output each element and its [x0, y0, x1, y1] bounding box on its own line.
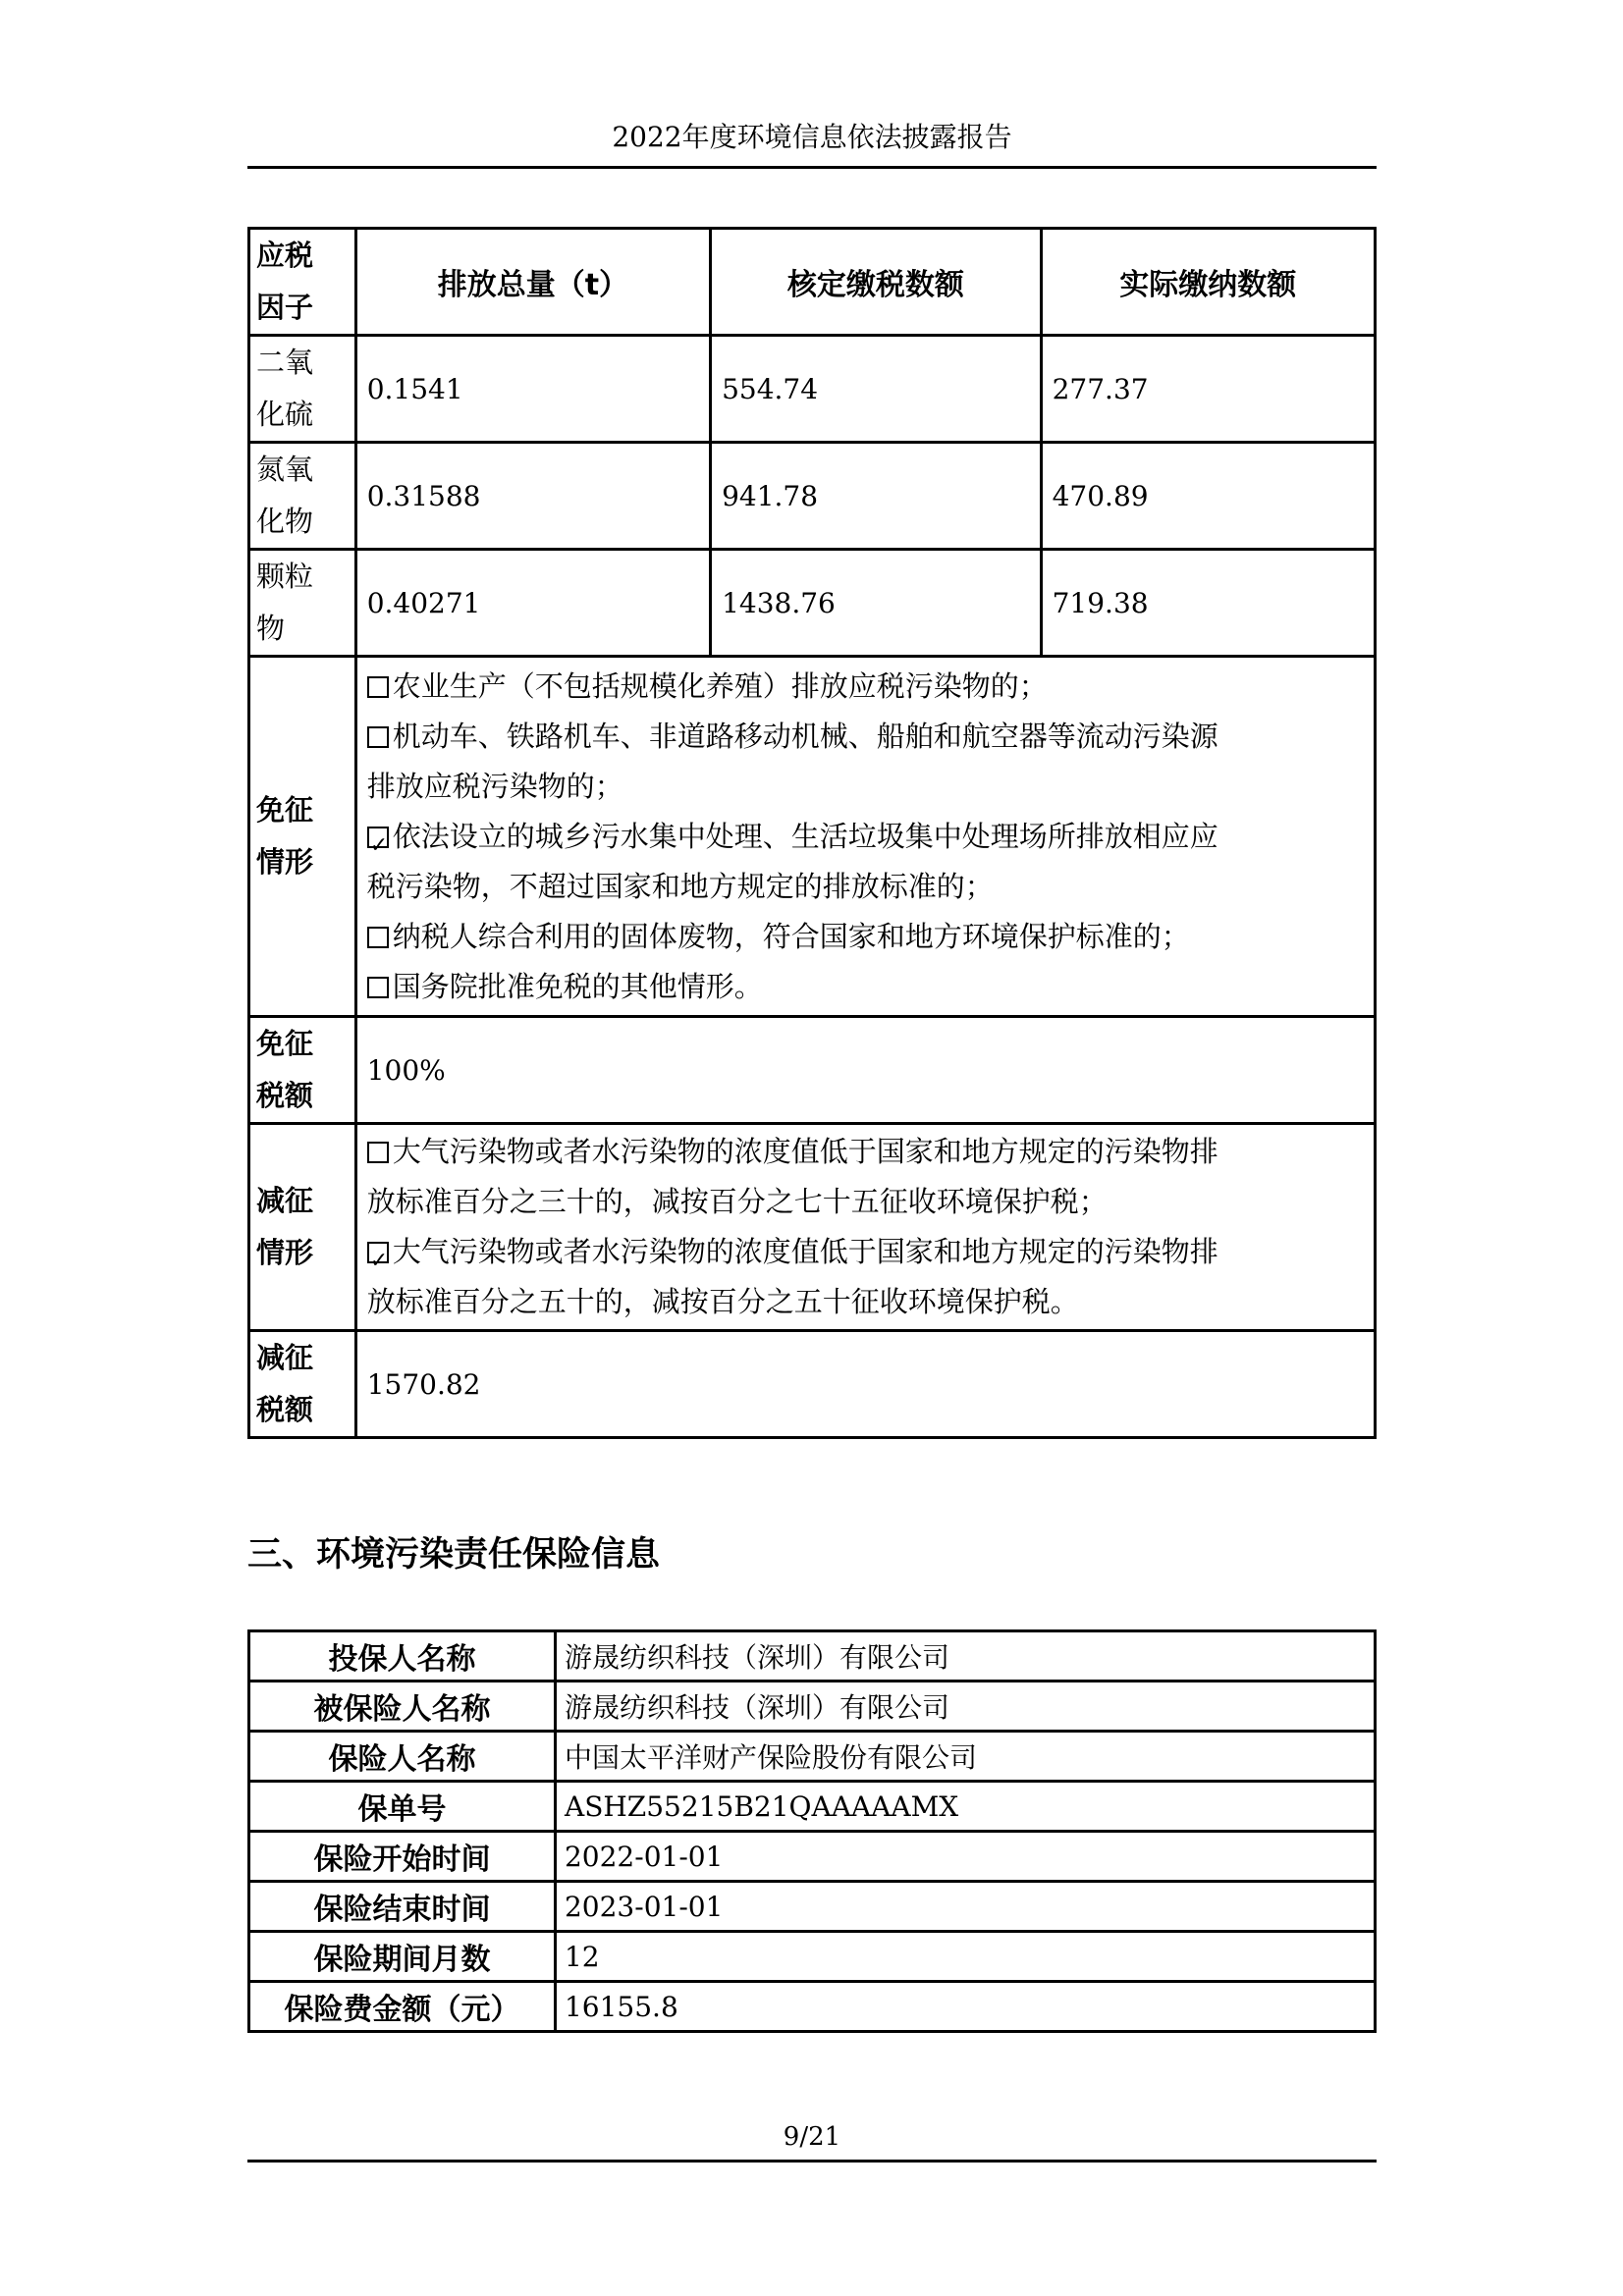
field-label: 保险结束时间	[249, 1882, 556, 1932]
page-number: 9/21	[247, 2120, 1377, 2154]
actual-paid-cell: 719.38	[1041, 550, 1375, 657]
exemption-cases-label: 免征 情形	[249, 657, 356, 1017]
field-value: 16155.8	[555, 1982, 1375, 2032]
reduction-cases-label: 减征 情形	[249, 1124, 356, 1331]
header-rule	[247, 166, 1377, 169]
checkbox-unchecked-icon	[367, 726, 389, 748]
reduction-amount-row: 减征 税额 1570.82	[249, 1331, 1376, 1438]
exemption-option: 纳税人综合利用的固体废物，符合国家和地方环境保护标准的；	[367, 912, 1368, 962]
actual-paid-cell: 277.37	[1041, 336, 1375, 443]
reduction-option: 大气污染物或者水污染物的浓度值低于国家和地方规定的污染物排	[367, 1127, 1368, 1177]
emission-total-cell: 0.31588	[355, 443, 710, 550]
tax-factor-cell: 氮氧 化物	[249, 443, 356, 550]
exemption-cases-row: 免征 情形 农业生产（不包括规模化养殖）排放应税污染物的； 机动车、铁路机车、非…	[249, 657, 1376, 1017]
table-row: 保险费金额（元）16155.8	[249, 1982, 1376, 2032]
table-row: 投保人名称游晟纺织科技（深圳）有限公司	[249, 1631, 1376, 1682]
table-row: 保险开始时间2022-01-01	[249, 1832, 1376, 1882]
field-value: 2023-01-01	[555, 1882, 1375, 1932]
tax-factor-cell: 颗粒 物	[249, 550, 356, 657]
actual-paid-cell: 470.89	[1041, 443, 1375, 550]
column-header-assessed-tax: 核定缴税数额	[711, 229, 1042, 336]
field-value: 12	[555, 1932, 1375, 1982]
exemption-amount-value: 100%	[355, 1017, 1375, 1124]
table-row: 保险人名称中国太平洋财产保险股份有限公司	[249, 1732, 1376, 1782]
checkbox-unchecked-icon	[367, 1142, 389, 1163]
insurance-info-table: 投保人名称游晟纺织科技（深圳）有限公司 被保险人名称游晟纺织科技（深圳）有限公司…	[247, 1629, 1377, 2033]
checkbox-checked-icon	[367, 1242, 389, 1263]
field-value: 游晟纺织科技（深圳）有限公司	[555, 1682, 1375, 1732]
assessed-tax-cell: 941.78	[711, 443, 1042, 550]
exemption-option: 国务院批准免税的其他情形。	[367, 962, 1368, 1012]
exemption-amount-row: 免征 税额 100%	[249, 1017, 1376, 1124]
table-row: 氮氧 化物 0.31588 941.78 470.89	[249, 443, 1376, 550]
tax-factor-cell: 二氧 化硫	[249, 336, 356, 443]
table-row: 二氧 化硫 0.1541 554.74 277.37	[249, 336, 1376, 443]
column-header-actual-paid: 实际缴纳数额	[1041, 229, 1375, 336]
reduction-option: 大气污染物或者水污染物的浓度值低于国家和地方规定的污染物排	[367, 1227, 1368, 1277]
table-row: 被保险人名称游晟纺织科技（深圳）有限公司	[249, 1682, 1376, 1732]
checkbox-unchecked-icon	[367, 676, 389, 698]
footer-rule	[247, 2160, 1377, 2163]
reduction-amount-value: 1570.82	[355, 1331, 1375, 1438]
environmental-tax-table: 应税 因子 排放总量（t） 核定缴税数额 实际缴纳数额 二氧 化硫 0.1541…	[247, 227, 1377, 1439]
field-label: 保险人名称	[249, 1732, 556, 1782]
checkbox-checked-icon	[367, 827, 389, 848]
reduction-cases-list: 大气污染物或者水污染物的浓度值低于国家和地方规定的污染物排 放标准百分之三十的，…	[355, 1124, 1375, 1331]
assessed-tax-cell: 554.74	[711, 336, 1042, 443]
emission-total-cell: 0.1541	[355, 336, 710, 443]
field-value: 中国太平洋财产保险股份有限公司	[555, 1732, 1375, 1782]
section-title-insurance: 三、环境污染责任保险信息	[247, 1531, 660, 1578]
exemption-option: 机动车、铁路机车、非道路移动机械、船舶和航空器等流动污染源	[367, 712, 1368, 762]
exemption-amount-label: 免征 税额	[249, 1017, 356, 1124]
column-header-emission-total: 排放总量（t）	[355, 229, 710, 336]
exemption-option: 依法设立的城乡污水集中处理、生活垃圾集中处理场所排放相应应	[367, 812, 1368, 862]
table-row: 保险期间月数12	[249, 1932, 1376, 1982]
column-header-tax-factor: 应税 因子	[249, 229, 356, 336]
field-label: 保险期间月数	[249, 1932, 556, 1982]
exemption-cases-list: 农业生产（不包括规模化养殖）排放应税污染物的； 机动车、铁路机车、非道路移动机械…	[355, 657, 1375, 1017]
checkbox-unchecked-icon	[367, 927, 389, 948]
field-label: 被保险人名称	[249, 1682, 556, 1732]
table-row: 保险结束时间2023-01-01	[249, 1882, 1376, 1932]
page-header-title: 2022年度环境信息依法披露报告	[247, 118, 1377, 157]
tax-table-header-row: 应税 因子 排放总量（t） 核定缴税数额 实际缴纳数额	[249, 229, 1376, 336]
field-label: 保单号	[249, 1782, 556, 1832]
field-label: 保险开始时间	[249, 1832, 556, 1882]
reduction-cases-row: 减征 情形 大气污染物或者水污染物的浓度值低于国家和地方规定的污染物排 放标准百…	[249, 1124, 1376, 1331]
field-value: 2022-01-01	[555, 1832, 1375, 1882]
exemption-option: 农业生产（不包括规模化养殖）排放应税污染物的；	[367, 662, 1368, 712]
checkbox-unchecked-icon	[367, 977, 389, 998]
table-row: 颗粒 物 0.40271 1438.76 719.38	[249, 550, 1376, 657]
assessed-tax-cell: 1438.76	[711, 550, 1042, 657]
field-value: ASHZ55215B21QAAAAAMX	[555, 1782, 1375, 1832]
reduction-amount-label: 减征 税额	[249, 1331, 356, 1438]
field-label: 投保人名称	[249, 1631, 556, 1682]
field-label: 保险费金额（元）	[249, 1982, 556, 2032]
field-value: 游晟纺织科技（深圳）有限公司	[555, 1631, 1375, 1682]
emission-total-cell: 0.40271	[355, 550, 710, 657]
table-row: 保单号ASHZ55215B21QAAAAAMX	[249, 1782, 1376, 1832]
